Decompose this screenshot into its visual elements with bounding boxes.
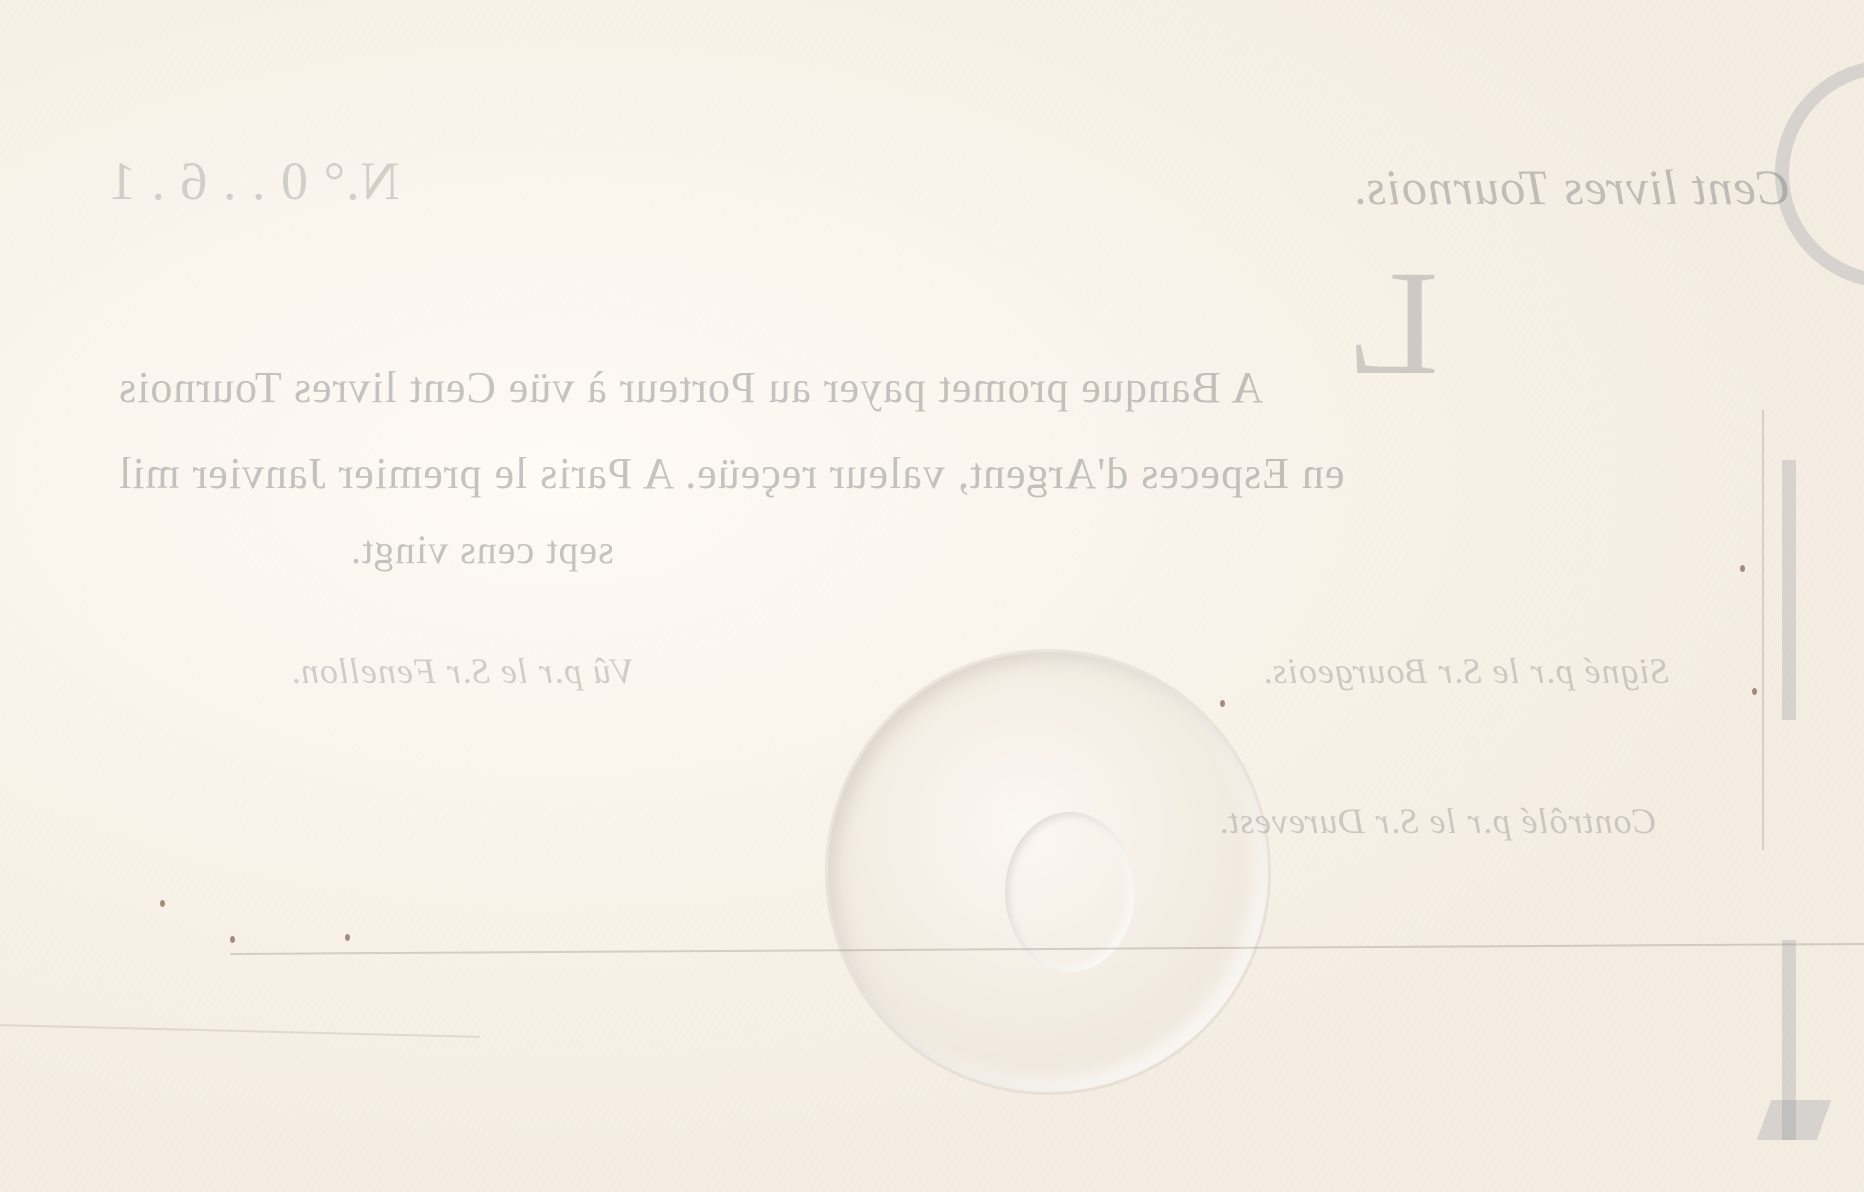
body-line: en Especes d'Argent, valeur reçeüe. A Pa… bbox=[118, 448, 1344, 499]
body-line: A Banque promet payer au Porteur à vüe C… bbox=[118, 362, 1263, 413]
show-through-text-layer: Cent livres Tournois. N.° 0 . . 6 . 1 L … bbox=[0, 0, 1864, 1192]
value-title: Cent livres Tournois. bbox=[1352, 158, 1790, 216]
body-line: sept cens vingt. bbox=[350, 526, 614, 573]
signature-signed-by: Signé p.r le S.r Bourgeois. bbox=[1262, 650, 1669, 692]
serial-number: N.° 0 . . 6 . 1 bbox=[108, 150, 400, 212]
signature-seen-by: Vû p.r le S.r Fenellon. bbox=[290, 650, 634, 692]
signature-controlled-by: Contrôlé p.r le S.r Durevest. bbox=[1218, 800, 1657, 842]
banknote-reverse: Cent livres Tournois. N.° 0 . . 6 . 1 L … bbox=[0, 0, 1864, 1192]
drop-cap: L bbox=[1346, 248, 1439, 398]
